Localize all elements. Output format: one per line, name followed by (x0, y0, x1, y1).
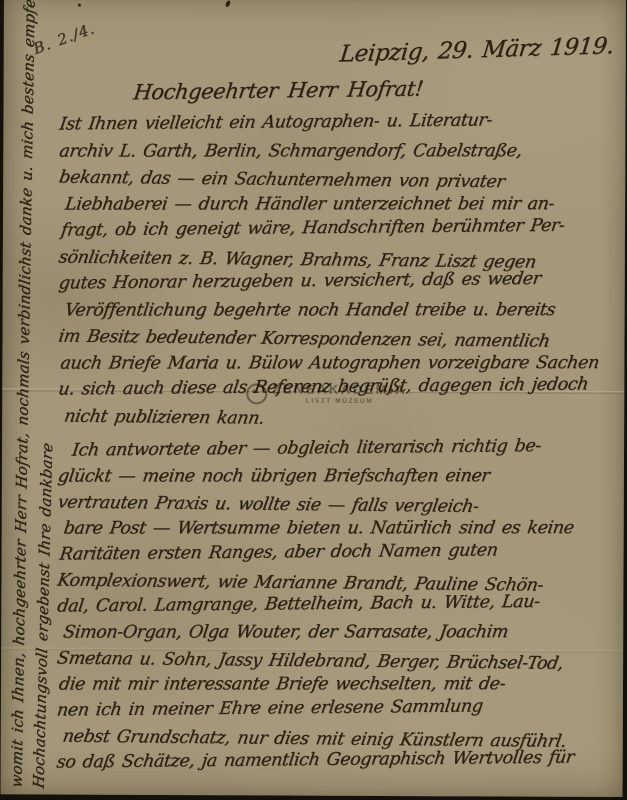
letter-page: B. 2./4. Leipzig, 29. März 1919. Hochgee… (1, 0, 626, 797)
museum-stamp: ZENEAKADÉMIA LISZT MÚZEUM (246, 381, 407, 405)
paragraph-2: Ich antwortete aber — obgleich literaris… (57, 438, 618, 778)
stray-ink-mark (225, 0, 232, 8)
stamp-subtitle: LISZT MÚZEUM (306, 398, 374, 405)
handwriting-line: Ist Ihnen vielleicht ein Autographen- u.… (58, 106, 623, 138)
stray-ink-dot (78, 4, 81, 7)
handwriting-line: nen ich in meiner Ehre eine erlesene Sam… (55, 692, 619, 723)
salutation: Hochgeehrter Herr Hofrat! (132, 77, 424, 105)
dateline: Leipzig, 29. März 1919. (338, 33, 615, 67)
handwriting-line: so daß Schätze, ja namentlich Geographis… (55, 744, 619, 775)
handwriting-line: gutes Honorar herzugeben u. versichert, … (57, 265, 622, 297)
handwriting-line: glückt — meine noch übrigen Briefschafte… (56, 463, 620, 489)
archive-mark: B. 2./4. (31, 19, 98, 58)
handwriting-line: Simon-Organ, Olga Wouter, der Sarrasate,… (61, 619, 619, 645)
stamp-title: ZENEAKADÉMIA (272, 381, 407, 397)
handwriting-line: archiv L. Garth, Berlin, Schmargendorf, … (57, 138, 621, 165)
handwriting-line: Veröffentlichung begehrte noch Handel tr… (63, 297, 621, 324)
stamp-emblem-icon (246, 383, 267, 404)
handwriting-line: Ich antwortete aber — obgleich literaris… (70, 432, 620, 463)
handwriting-line: dal, Carol. Lamgrange, Bettelheim, Bach … (56, 588, 620, 619)
handwriting-line: nicht publizieren kann. (62, 403, 620, 435)
handwriting-line: Raritäten ersten Ranges, aber doch Namen… (58, 536, 620, 567)
scan-background: { "colors": { "paper": "#a4977a", "ink":… (0, 0, 627, 800)
handwriting-line: fragt, ob ich geneigt wäre, Handschrifte… (59, 212, 622, 244)
